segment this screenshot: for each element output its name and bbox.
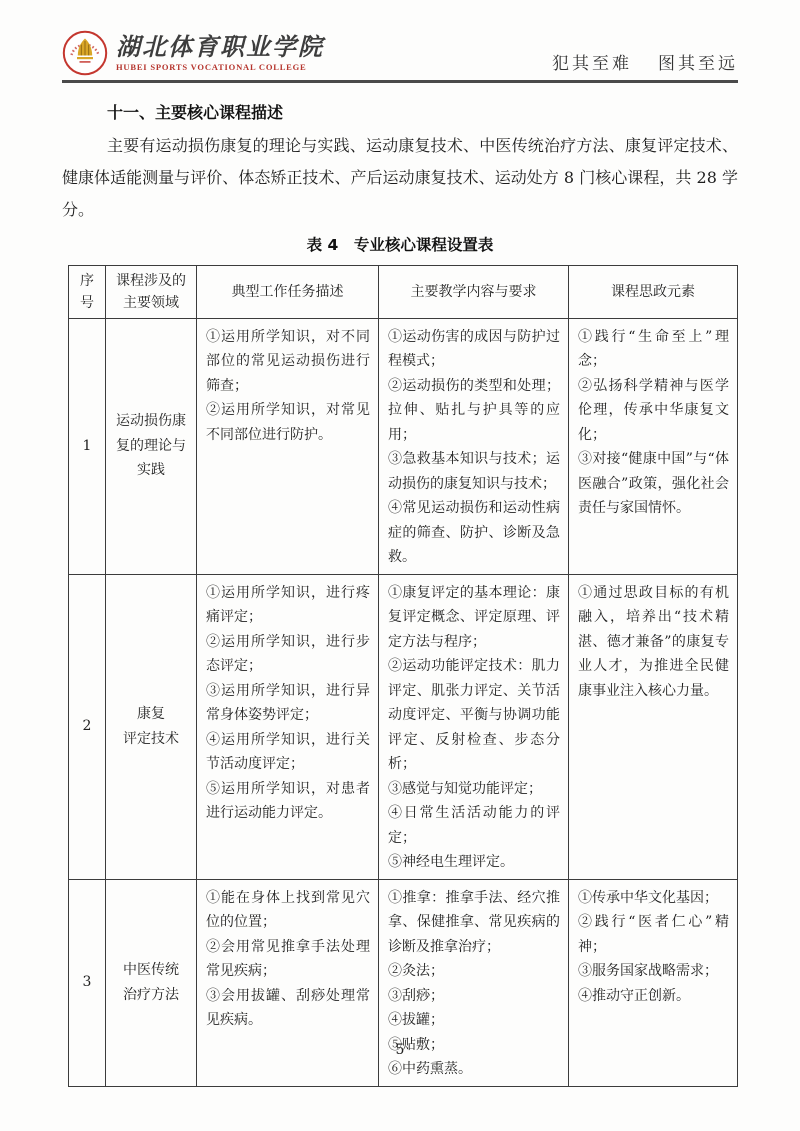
cell-ideology: ①通过思政目标的有机融入，培养出“技术精湛、德才兼备”的康复专业人才，为推进全民… (569, 574, 738, 879)
header-cell-ideology: 课程思政元素 (569, 265, 738, 318)
page-number: 5 (0, 1042, 800, 1058)
section-title: 十一、主要核心课程描述 (107, 103, 738, 123)
college-name-chinese: 湖北体育职业学院 (116, 34, 324, 60)
header-divider (62, 80, 738, 83)
header-cell-tasks: 典型工作任务描述 (197, 265, 379, 318)
table-row: 1 运动损伤康 复的理论与 实践 ①运用所学知识，对不同部位的常见运动损伤进行筛… (69, 318, 738, 574)
college-name-english: HUBEI SPORTS VOCATIONAL COLLEGE (116, 62, 324, 72)
header-cell-content: 主要教学内容与要求 (379, 265, 569, 318)
intro-paragraph: 主要有运动损伤康复的理论与实践、运动康复技术、中医传统治疗方法、康复评定技术、健… (62, 130, 738, 226)
core-courses-table: 序 号 课程涉及的 主要领域 典型工作任务描述 主要教学内容与要求 课程思政元素… (68, 265, 738, 1087)
document-page: 湖北体育职业学院 HUBEI SPORTS VOCATIONAL COLLEGE… (0, 0, 800, 1131)
cell-tasks: ①运用所学知识，对不同部位的常见运动损伤进行筛查； ②运用所学知识，对常见不同部… (197, 318, 379, 574)
cell-domain: 康复 评定技术 (106, 574, 197, 879)
cell-domain: 运动损伤康 复的理论与 实践 (106, 318, 197, 574)
college-motto: 犯其至难 图其至远 (552, 49, 738, 74)
header-cell-number: 序 号 (69, 265, 106, 318)
table-row: 2 康复 评定技术 ①运用所学知识，进行疼痛评定； ②运用所学知识，进行步态评定… (69, 574, 738, 879)
cell-content: ①康复评定的基本理论：康复评定概念、评定原理、评定方法与程序； ②运动功能评定技… (379, 574, 569, 879)
college-seal-icon (62, 30, 108, 76)
motto-phrase-2: 图其至远 (658, 49, 738, 74)
cell-ideology: ①践行“生命至上”理念； ②弘扬科学精神与医学伦理，传承中华康复文化； ③对接“… (569, 318, 738, 574)
college-brand: 湖北体育职业学院 HUBEI SPORTS VOCATIONAL COLLEGE (62, 30, 324, 76)
table-caption: 表 4 专业核心课程设置表 (62, 233, 738, 255)
page-header: 湖北体育职业学院 HUBEI SPORTS VOCATIONAL COLLEGE… (62, 30, 738, 76)
college-names: 湖北体育职业学院 HUBEI SPORTS VOCATIONAL COLLEGE (116, 34, 324, 72)
header-cell-domain: 课程涉及的 主要领域 (106, 265, 197, 318)
cell-number: 1 (69, 318, 106, 574)
cell-content: ①运动伤害的成因与防护过程模式； ②运动损伤的类型和处理；拉伸、贴扎与护具等的应… (379, 318, 569, 574)
motto-phrase-1: 犯其至难 (552, 49, 632, 74)
cell-number: 2 (69, 574, 106, 879)
cell-tasks: ①运用所学知识，进行疼痛评定； ②运用所学知识，进行步态评定； ③运用所学知识，… (197, 574, 379, 879)
table-header-row: 序 号 课程涉及的 主要领域 典型工作任务描述 主要教学内容与要求 课程思政元素 (69, 265, 738, 318)
